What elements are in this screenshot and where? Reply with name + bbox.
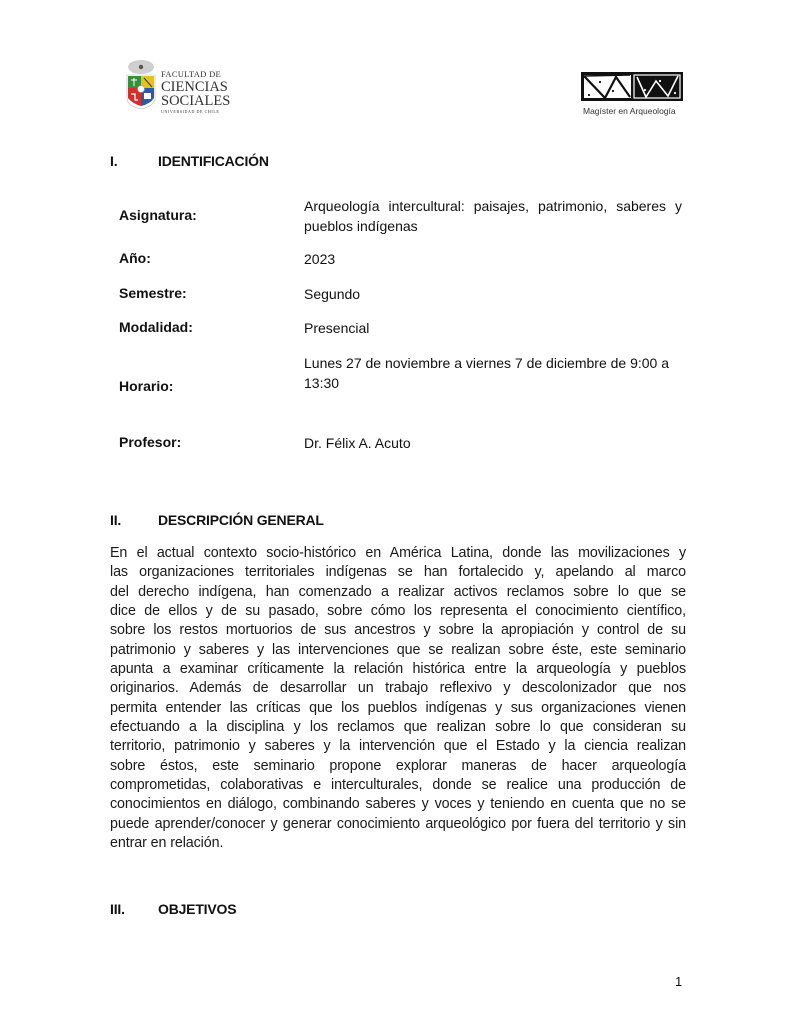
- value-horario: Lunes 27 de noviembre a viernes 7 de dic…: [304, 353, 682, 393]
- label-anio: Año:: [119, 250, 151, 266]
- faculty-line3: SOCIALES: [161, 94, 230, 109]
- section-title: IDENTIFICACIÓN: [158, 153, 269, 169]
- paragraph-line: permita entender las críticas que los pu…: [110, 699, 686, 718]
- paragraph-line: dice de ellos y de su pasado, sobre cómo…: [110, 602, 686, 621]
- section-number: II.: [110, 512, 158, 528]
- paragraph-line: apunta a examinar críticamente la relaci…: [110, 660, 686, 679]
- faculty-line4: UNIVERSIDAD DE CHILE: [161, 110, 230, 114]
- faculty-name: FACULTAD DE CIENCIAS SOCIALES UNIVERSIDA…: [161, 70, 230, 114]
- page-number: 1: [675, 974, 682, 989]
- value-asignatura: Arqueología intercultural: paisajes, pat…: [304, 196, 682, 236]
- label-modalidad: Modalidad:: [119, 319, 193, 335]
- value-modalidad: Presencial: [304, 318, 682, 338]
- section-title: DESCRIPCIÓN GENERAL: [158, 512, 324, 528]
- value-profesor: Dr. Félix A. Acuto: [304, 433, 682, 453]
- paragraph-line: En el actual contexto socio-histórico en…: [110, 544, 686, 563]
- paragraph-line: patrimonio y saberes y las intervencione…: [110, 641, 686, 660]
- section-number: III.: [110, 901, 158, 917]
- program-emblem-icon: [580, 71, 684, 103]
- description-paragraph: En el actual contexto socio-histórico en…: [110, 544, 686, 854]
- paragraph-line: territorio, patrimonio y saberes y la in…: [110, 737, 686, 756]
- paragraph-line: originarios. Además de desarrollar un tr…: [110, 679, 686, 698]
- paragraph-line: sobre éstos, este seminario propone expl…: [110, 757, 686, 776]
- paragraph-line: sobre los restos mortuorios de sus ances…: [110, 621, 686, 640]
- label-semestre: Semestre:: [119, 285, 187, 301]
- paragraph-line: efectuando a la disciplina y los reclamo…: [110, 718, 686, 737]
- paragraph-line: las organizaciones territoriales indígen…: [110, 563, 686, 582]
- label-profesor: Profesor:: [119, 434, 181, 450]
- faculty-logo: FACULTAD DE CIENCIAS SOCIALES UNIVERSIDA…: [124, 58, 234, 110]
- faculty-line1: FACULTAD DE: [161, 70, 230, 79]
- section-number: I.: [110, 153, 158, 169]
- label-asignatura: Asignatura:: [119, 207, 197, 223]
- section-heading-descripcion: II.DESCRIPCIÓN GENERAL: [110, 512, 324, 528]
- university-shield-icon: [124, 58, 158, 110]
- paragraph-line: comprometidas, colaborativas e intercult…: [110, 776, 686, 795]
- value-anio: 2023: [304, 249, 682, 269]
- section-heading-identificacion: I.IDENTIFICACIÓN: [110, 153, 269, 169]
- paragraph-line: del derecho indígena, han comenzado a re…: [110, 583, 686, 602]
- paragraph-line: entrar en relación.: [110, 834, 686, 853]
- program-caption: Magíster en Arqueología: [583, 106, 676, 116]
- program-logo: Magíster en Arqueología: [580, 71, 684, 123]
- label-horario: Horario:: [119, 378, 173, 394]
- faculty-line2: CIENCIAS: [161, 80, 230, 95]
- section-title: OBJETIVOS: [158, 901, 236, 917]
- section-heading-objetivos: III.OBJETIVOS: [110, 901, 236, 917]
- paragraph-line: puede aprender/conocer y generar conocim…: [110, 815, 686, 834]
- value-semestre: Segundo: [304, 284, 682, 304]
- paragraph-line: conocimientos en diálogo, combinando sab…: [110, 795, 686, 814]
